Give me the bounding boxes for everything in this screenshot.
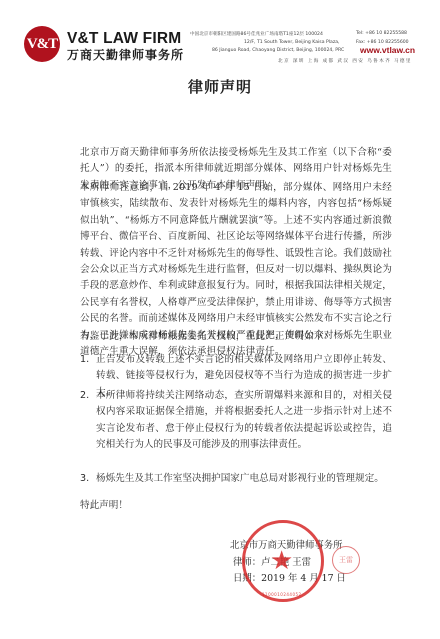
list-number: 3. xyxy=(80,471,89,487)
website-link[interactable]: www.vtlaw.cn xyxy=(360,45,415,55)
list-text: 杨烁先生及其工作室坚决拥护国家广电总局对影视行业的管理规定。 xyxy=(96,473,384,484)
list-item: 3. 杨烁先生及其工作室坚决拥护国家广电总局对影视行业的管理规定。 xyxy=(80,471,392,487)
office-cities: 北京 深圳 上海 成都 武汉 西安 乌鲁木齐 马德里 xyxy=(278,58,412,64)
document-title: 律师声明 xyxy=(0,76,440,97)
address-en-line2: 86 Jianguo Road, Chaoyang District, Beij… xyxy=(212,48,344,53)
list-text: 本所律师将持续关注网络动态，查实所谓爆料来源和目的，对相关侵权内容采取证据保全措… xyxy=(96,390,392,450)
list-number: 2. xyxy=(80,388,89,404)
closing-statement: 特此声明！ xyxy=(80,497,128,511)
telephone: Tel: +86 10 82255588 xyxy=(356,31,407,36)
seal-star-icon: ★ xyxy=(270,548,293,574)
paragraph-declaration-lead: 有鉴于此，本所律师根据委托人授权，在此严正声明如下： xyxy=(80,329,392,345)
vt-logo-icon: V&T xyxy=(24,26,60,62)
personal-seal-icon: 王雷 xyxy=(332,546,360,574)
brand-name-cn: 万商天勤律师事务所 xyxy=(67,46,184,63)
list-number: 1. xyxy=(80,352,89,368)
address-cn: 中国北京市朝阳区建国路86号佳兆业广场南塔T1座12层 100024 xyxy=(190,31,323,37)
list-item: 2. 本所律师将持续关注网络动态，查实所谓爆料来源和目的，对相关侵权内容采取证据… xyxy=(80,388,392,454)
letterhead: V&T V&T LAW FIRM 万商天勤律师事务所 中国北京市朝阳区建国路86… xyxy=(0,0,440,70)
address-en-line1: 12/F, T1 South Tower, Beijing Kaisa Plaz… xyxy=(244,40,340,45)
seal-code: 1100010244052 xyxy=(262,592,302,597)
